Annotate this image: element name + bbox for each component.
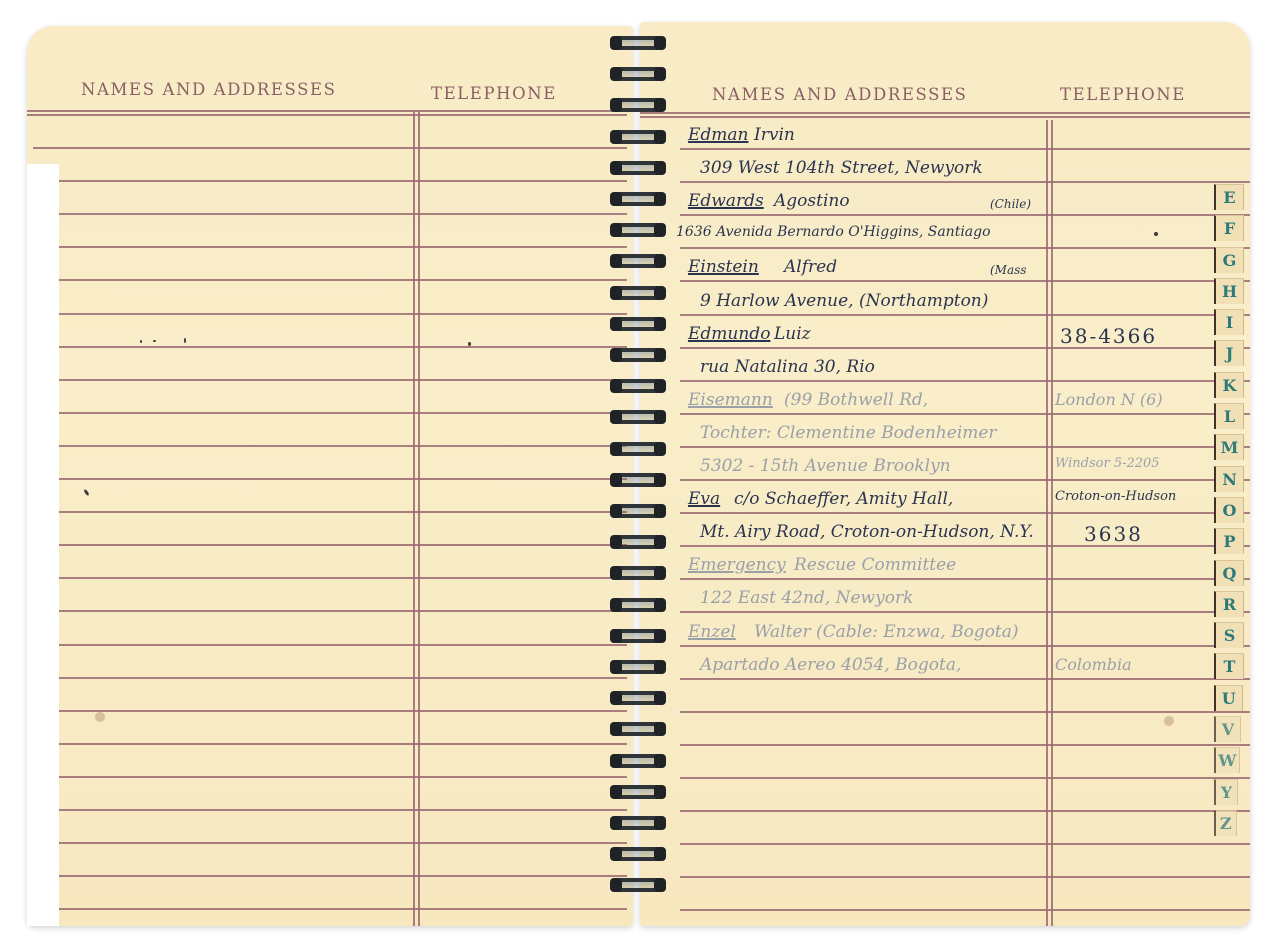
spiral-coil [610,130,666,144]
entry-note: (Chile) [990,193,1031,213]
spiral-coil [610,67,666,81]
row-rule [33,147,627,149]
entry-surname: Edmundo [688,324,770,344]
row-rule [680,181,1250,183]
index-tab-l[interactable]: L [1214,403,1244,429]
index-tab-w[interactable]: W [1214,747,1240,773]
spiral-coil [610,286,666,300]
index-tab-u[interactable]: U [1214,685,1243,711]
row-rule [33,875,627,877]
entry-telephone: 3638 [1084,522,1143,546]
row-rule [680,744,1250,746]
row-rule [680,876,1250,878]
right-header-names: NAMES AND ADDRESSES [712,85,968,104]
index-tab-f[interactable]: F [1214,215,1244,241]
index-tab-o[interactable]: O [1214,497,1244,523]
ink-speck [153,340,156,342]
row-rule [33,279,627,281]
entry-text: Tochter: Clementine Bodenheimer [700,423,997,443]
entry-text: rua Natalina 30, Rio [700,357,875,377]
entry-surname: Eisemann [688,390,773,410]
entry-surname: Edwards [688,191,764,211]
row-rule [680,446,1250,448]
row-rule [680,512,1250,514]
entry-text: Irvin [754,125,795,145]
spiral-binding [606,36,670,916]
spiral-coil [610,36,666,50]
ink-speck [83,489,89,496]
row-rule [680,645,1250,647]
row-rule [680,843,1250,845]
index-tab-y[interactable]: Y [1214,779,1238,805]
row-rule [33,379,627,381]
alphabet-index-tabs: EFGHIJKLMNOPQRSTUVWYZ [1214,184,1244,841]
paper-stain [95,712,105,722]
row-rule [680,247,1250,249]
spiral-coil [610,535,666,549]
index-tab-k[interactable]: K [1214,372,1244,398]
index-tab-m[interactable]: M [1214,434,1244,460]
entry-surname: Enzel [688,622,736,642]
row-rule [33,908,627,910]
row-rule [680,678,1250,680]
row-rule [680,810,1250,812]
row-rule [680,545,1250,547]
index-tab-g[interactable]: G [1214,247,1244,273]
spiral-coil [610,473,666,487]
entry-text: Luiz [774,324,811,344]
entry-telephone: Colombia [1055,655,1132,674]
entry-telephone: London N (6) [1055,390,1163,409]
paper-stain [1164,716,1174,726]
row-rule [33,776,627,778]
entry-surname: Emergency [688,555,786,575]
index-tab-v[interactable]: V [1214,716,1241,742]
left-column-divider [413,112,415,926]
row-rule [33,577,627,579]
row-rule [680,148,1250,150]
right-column-divider [1046,120,1048,926]
index-tab-e[interactable]: E [1214,184,1244,210]
entry-text: 122 East 42nd, Newyork [700,588,913,608]
entry-text: Agostino [774,191,850,211]
row-rule [680,380,1250,382]
entry-surname: Edman [688,125,749,145]
row-rule [33,412,627,414]
right-header-telephone: TELEPHONE [1060,85,1186,104]
row-rule [33,743,627,745]
row-rule [33,346,627,348]
row-rule [680,909,1250,911]
row-rule [680,314,1250,316]
index-tab-i[interactable]: I [1214,309,1244,335]
entry-text: c/o Schaeffer, Amity Hall, [734,489,953,509]
row-rule [33,644,627,646]
spiral-coil [610,223,666,237]
spiral-coil [610,192,666,206]
spiral-coil [610,629,666,643]
entry-note: (Mass [990,259,1026,279]
row-rule [680,777,1250,779]
entry-telephone: Windsor 5-2205 [1055,456,1160,471]
spiral-coil [610,161,666,175]
spiral-coil [610,317,666,331]
right-column-divider-2 [1051,120,1053,926]
spiral-coil [610,98,666,112]
ink-speck [140,340,142,343]
left-column-divider-2 [418,112,420,926]
index-tab-r[interactable]: R [1214,591,1244,617]
row-rule [33,213,627,215]
entry-text: 9 Harlow Avenue, (Northampton) [700,291,988,311]
row-rule [33,610,627,612]
spiral-coil [610,598,666,612]
row-rule [680,347,1250,349]
index-tab-t[interactable]: T [1214,653,1244,679]
entry-surname: Eva [688,489,720,509]
ink-speck [184,338,186,343]
spiral-coil [610,348,666,362]
row-rule [33,180,627,182]
row-rule [680,413,1250,415]
entry-telephone: Croton-on-Hudson [1055,489,1176,504]
header-rule [27,110,627,112]
spiral-coil [610,254,666,268]
row-rule [33,511,627,513]
spiral-coil [610,379,666,393]
entry-text: (99 Bothwell Rd, [784,390,928,410]
right-page: NAMES AND ADDRESSES TELEPHONE EdmanIrvin… [640,22,1250,926]
row-rule [680,711,1250,713]
row-rule [33,313,627,315]
row-rule [680,214,1250,216]
row-rule [680,611,1250,613]
spiral-coil [610,847,666,861]
spiral-coil [610,722,666,736]
entry-telephone: 38-4366 [1060,324,1157,348]
index-tab-n[interactable]: N [1214,466,1244,492]
entry-text: Walter (Cable: Enzwa, Bogota) [754,622,1019,642]
index-tab-q[interactable]: Q [1214,560,1244,586]
spiral-coil [610,785,666,799]
left-header-telephone: TELEPHONE [431,84,557,103]
row-rule [33,246,627,248]
ink-speck [468,342,471,346]
row-rule [33,478,627,480]
row-rule [680,280,1250,282]
entry-text: Mt. Airy Road, Croton-on-Hudson, N.Y. [700,522,1034,542]
header-rule [640,112,1250,114]
spiral-coil [610,660,666,674]
row-rule [33,544,627,546]
index-tab-s[interactable]: S [1214,622,1244,648]
index-tab-z[interactable]: Z [1214,810,1237,836]
spiral-coil [610,566,666,580]
row-rule [33,842,627,844]
row-rule [680,479,1250,481]
entry-text: 5302 - 15th Avenue Brooklyn [700,456,951,476]
entry-text: Rescue Committee [794,555,956,575]
spiral-coil [610,504,666,518]
entry-text: Apartado Aereo 4054, Bogota, [700,655,961,675]
row-rule [680,578,1250,580]
left-header-names: NAMES AND ADDRESSES [81,80,337,99]
row-rule [33,710,627,712]
entry-text: 1636 Avenida Bernardo O'Higgins, Santiag… [676,224,991,240]
row-rule [33,445,627,447]
index-tab-j[interactable]: J [1214,340,1244,366]
spiral-coil [610,754,666,768]
entry-text: Alfred [784,257,837,277]
spiral-coil [610,816,666,830]
ink-speck [1154,232,1158,236]
left-page: NAMES AND ADDRESSES TELEPHONE [27,26,633,926]
header-rule [640,116,1250,118]
row-rule [33,809,627,811]
entry-text: 309 West 104th Street, Newyork [700,158,983,178]
index-tab-p[interactable]: P [1214,528,1244,554]
spiral-coil [610,442,666,456]
index-tab-h[interactable]: H [1214,278,1244,304]
row-rule [33,677,627,679]
spiral-coil [610,410,666,424]
spiral-coil [610,878,666,892]
spiral-coil [610,691,666,705]
header-rule [27,114,627,116]
entry-surname: Einstein [688,257,759,277]
